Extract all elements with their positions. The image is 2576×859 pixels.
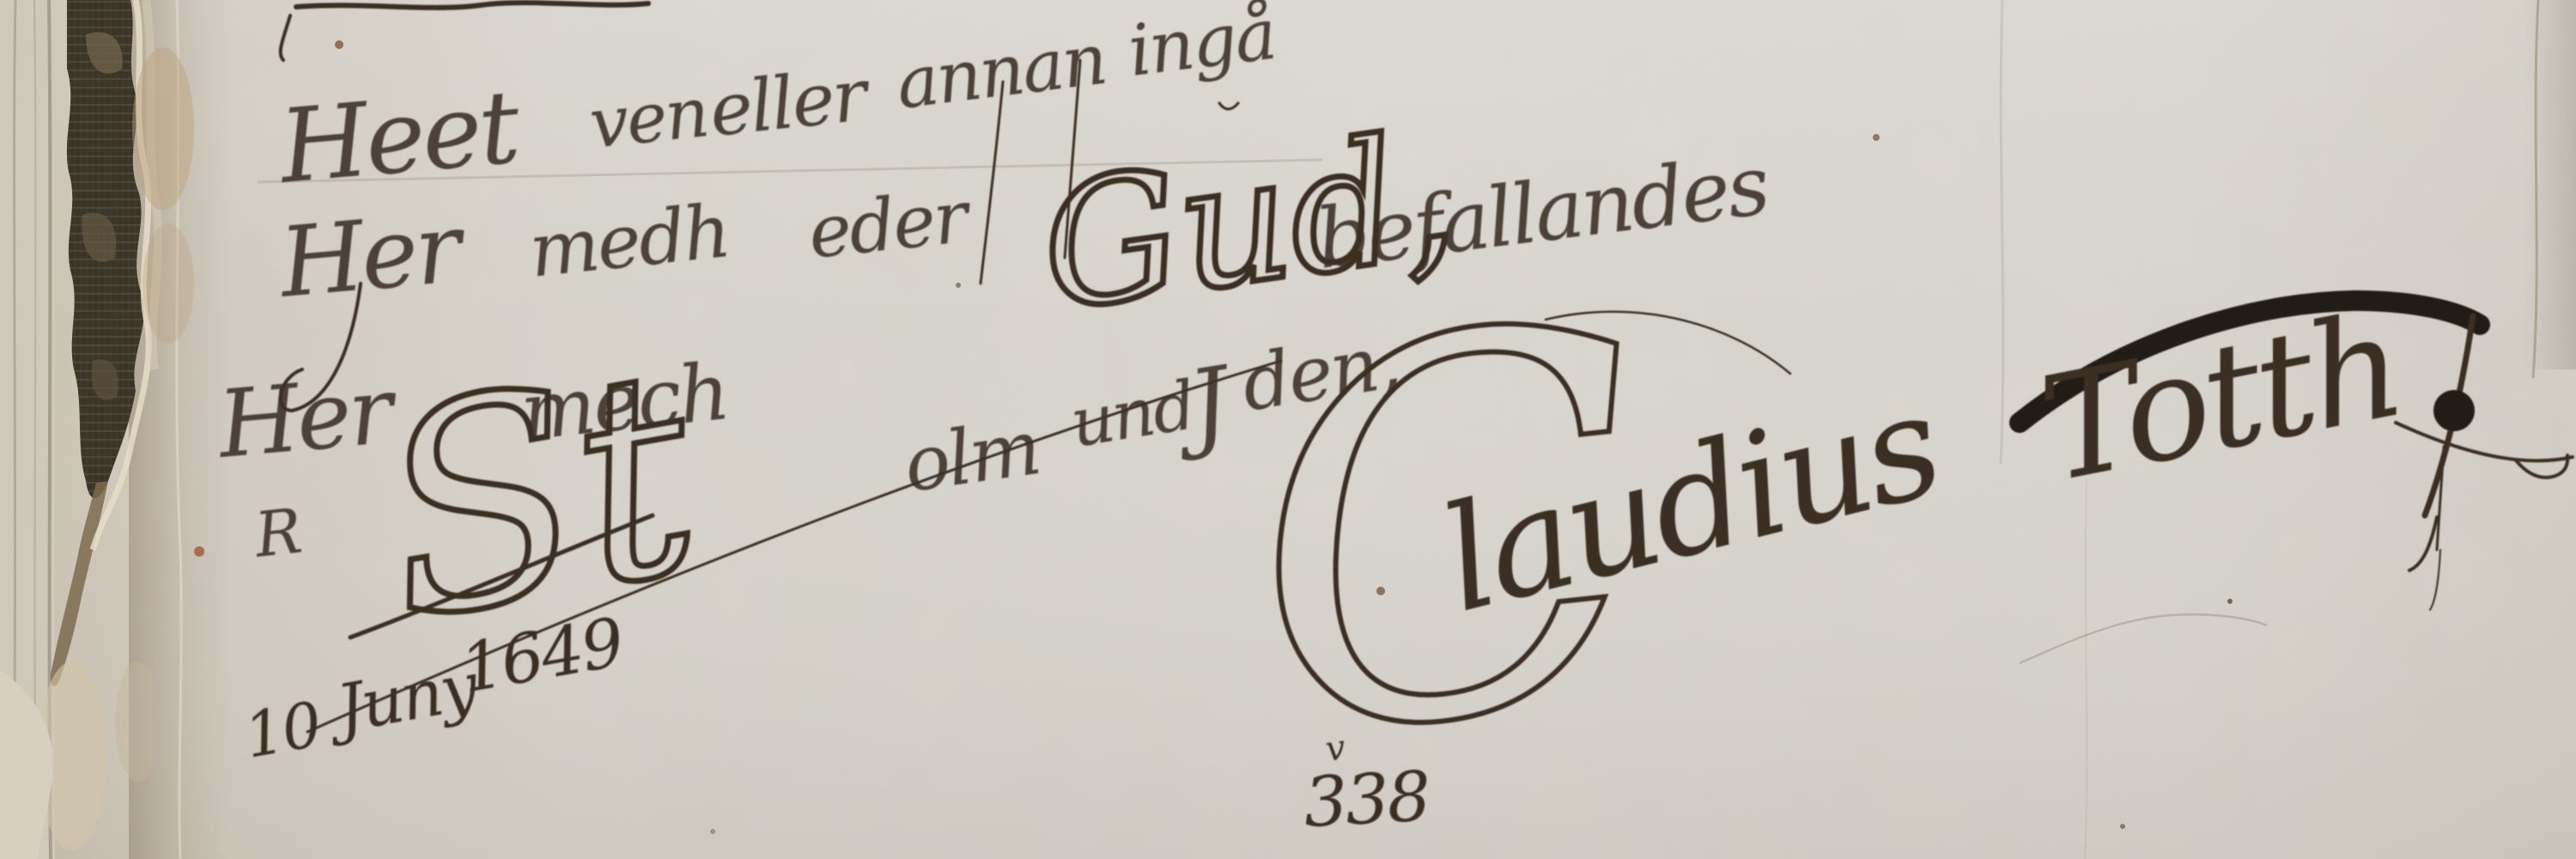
line1-word-heet: Heet — [273, 67, 525, 206]
book-gutter — [0, 0, 232, 859]
line1-word-ven: ven — [586, 72, 711, 164]
line4-word-olm: olm — [899, 403, 1044, 509]
manuscript-canvas: Heet ven eller annan ingå Her medh eder … — [0, 0, 2576, 859]
speck — [1873, 134, 1880, 141]
date-day: 10 — [239, 688, 325, 772]
rust-speck — [194, 546, 204, 557]
right-page-edge-band — [2524, 0, 2576, 369]
manuscript-photograph: Heet ven eller annan ingå Her medh eder … — [0, 0, 2576, 859]
gutter-stain — [115, 661, 160, 782]
gutter-stain — [143, 223, 194, 344]
line2-word-her: Her — [274, 192, 471, 320]
speck — [2120, 824, 2125, 829]
totth-ink-blob — [2433, 390, 2475, 431]
line1-word-eller: eller — [706, 52, 875, 153]
line4-letter-r: R — [250, 495, 304, 571]
speck — [956, 283, 961, 288]
speck — [2227, 599, 2233, 604]
red-fiber-speck — [335, 40, 343, 49]
speck — [710, 829, 715, 834]
line2-word-eder: eder — [805, 174, 976, 275]
folio-number: 338 — [1302, 756, 1431, 842]
gutter-stain — [132, 47, 194, 210]
